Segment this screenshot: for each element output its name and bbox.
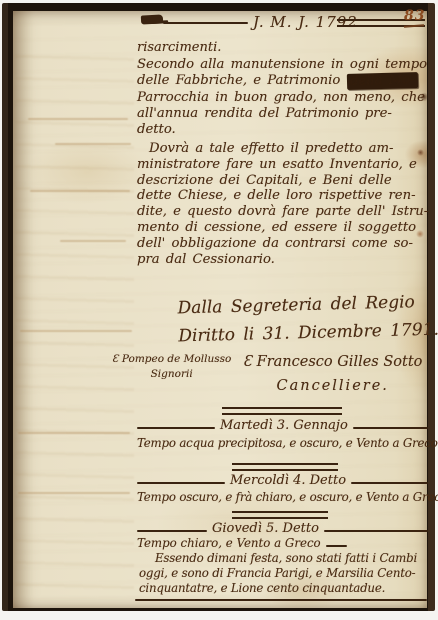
text-line: Dovrà a tale effetto il predetto am- bbox=[137, 141, 428, 157]
bleed-through-line bbox=[18, 432, 130, 434]
diary-heading-row: Martedì 3. Gennajo bbox=[137, 418, 428, 433]
text-segment: delle Fabbriche, e Patrimonio bbox=[137, 73, 340, 88]
diary-date-heading: Mercoldì 4. Detto bbox=[230, 473, 346, 488]
bleed-through-line bbox=[20, 330, 132, 332]
diary-entry-line: oggi, e sono di Francia Parigi, e Marsil… bbox=[139, 566, 415, 580]
heading-rule bbox=[324, 530, 428, 532]
signature-left: Ɛ Pompeo de Mollusso Signorii bbox=[112, 352, 231, 382]
text-line: Secondo alla manutensione in ogni tempo bbox=[137, 57, 427, 73]
diary-entry-line: cinquantatre, e Lione cento cinquantadue… bbox=[139, 581, 385, 595]
bleed-through-line bbox=[55, 143, 131, 145]
bleed-through-line bbox=[28, 118, 128, 120]
diary-date-heading: Giovedì 5. Detto bbox=[212, 521, 319, 536]
trailing-rule bbox=[326, 545, 347, 547]
paragraph-maintenance: Secondo alla manutensione in ogni tempo … bbox=[137, 57, 427, 138]
diary-divider bbox=[222, 407, 342, 415]
text-line: dell' obbligazione da contrarsi come so- bbox=[137, 236, 428, 252]
diary-divider bbox=[232, 511, 328, 519]
heading-rule bbox=[351, 482, 428, 484]
text-line: dite, e questo dovrà fare parte dell' Is… bbox=[137, 204, 428, 220]
signature-title: Cancelliere. bbox=[243, 374, 422, 398]
diary-heading-row: Mercoldì 4. Detto bbox=[137, 473, 428, 488]
signature-name: Ɛ Francesco Gilles Sotto bbox=[243, 350, 422, 374]
ink-blot bbox=[141, 14, 163, 24]
text-line: pra dal Cessionario. bbox=[137, 252, 428, 268]
bleed-through-line bbox=[60, 240, 126, 242]
text-line: mento di cessione, ed essere il soggetto bbox=[137, 220, 428, 236]
opening-line: risarcimenti. bbox=[137, 40, 221, 55]
bleed-through-text bbox=[16, 48, 134, 596]
diary-entry-line: Essendo dimani festa, sono stati fatti i… bbox=[155, 551, 417, 565]
manuscript-scan: J. M. J. 1792 83 risarcimenti. Secondo a… bbox=[0, 0, 438, 620]
closing-block: Dalla Segreteria del Regio Diritto li 31… bbox=[177, 288, 438, 351]
diary-entry-line: Tempo chiaro, e Vento a Greco bbox=[137, 536, 321, 550]
struck-out-text: della Mo- bbox=[346, 72, 417, 90]
text-line: delle Fabbriche, e Patrimonio della Mo- bbox=[137, 73, 427, 89]
paragraph-inventory: Dovrà a tale effetto il predetto am- min… bbox=[137, 141, 428, 267]
signature-title: Signorii bbox=[112, 367, 231, 382]
diary-divider bbox=[232, 463, 338, 471]
header-rule-left bbox=[163, 22, 248, 24]
diary-heading-row: Giovedì 5. Detto bbox=[137, 521, 428, 536]
text-line: descrizione dei Capitali, e Beni delle bbox=[137, 173, 428, 189]
text-line: all'annua rendita del Patrimonio pre- bbox=[137, 106, 427, 122]
diary-entry-line: Tempo oscuro, e frà chiaro, e oscuro, e … bbox=[137, 490, 438, 504]
signature-right: Ɛ Francesco Gilles Sotto Cancelliere. bbox=[243, 350, 422, 398]
text-line: ministratore fare un esatto Inventario, … bbox=[137, 157, 428, 173]
folio-number: 83 bbox=[404, 8, 425, 27]
text-line: dette Chiese, e delle loro rispettive re… bbox=[137, 188, 428, 204]
signature-name: Ɛ Pompeo de Mollusso bbox=[112, 352, 231, 367]
heading-rule bbox=[137, 482, 225, 484]
bleed-through-line bbox=[30, 190, 130, 192]
diary-entry-line: Tempo acqua precipitosa, e oscuro, e Ven… bbox=[137, 436, 438, 450]
diary-date-heading: Martedì 3. Gennajo bbox=[220, 418, 348, 433]
heading-rule bbox=[137, 530, 207, 532]
diary-entry-row: Tempo chiaro, e Vento a Greco bbox=[137, 536, 347, 550]
text-line: Parrocchia in buon grado, non meno, che bbox=[137, 90, 427, 106]
bottom-rule bbox=[135, 599, 427, 601]
heading-rule bbox=[137, 427, 215, 429]
text-line: detto. bbox=[137, 122, 427, 138]
heading-rule bbox=[353, 427, 428, 429]
bleed-through-line bbox=[18, 492, 130, 494]
